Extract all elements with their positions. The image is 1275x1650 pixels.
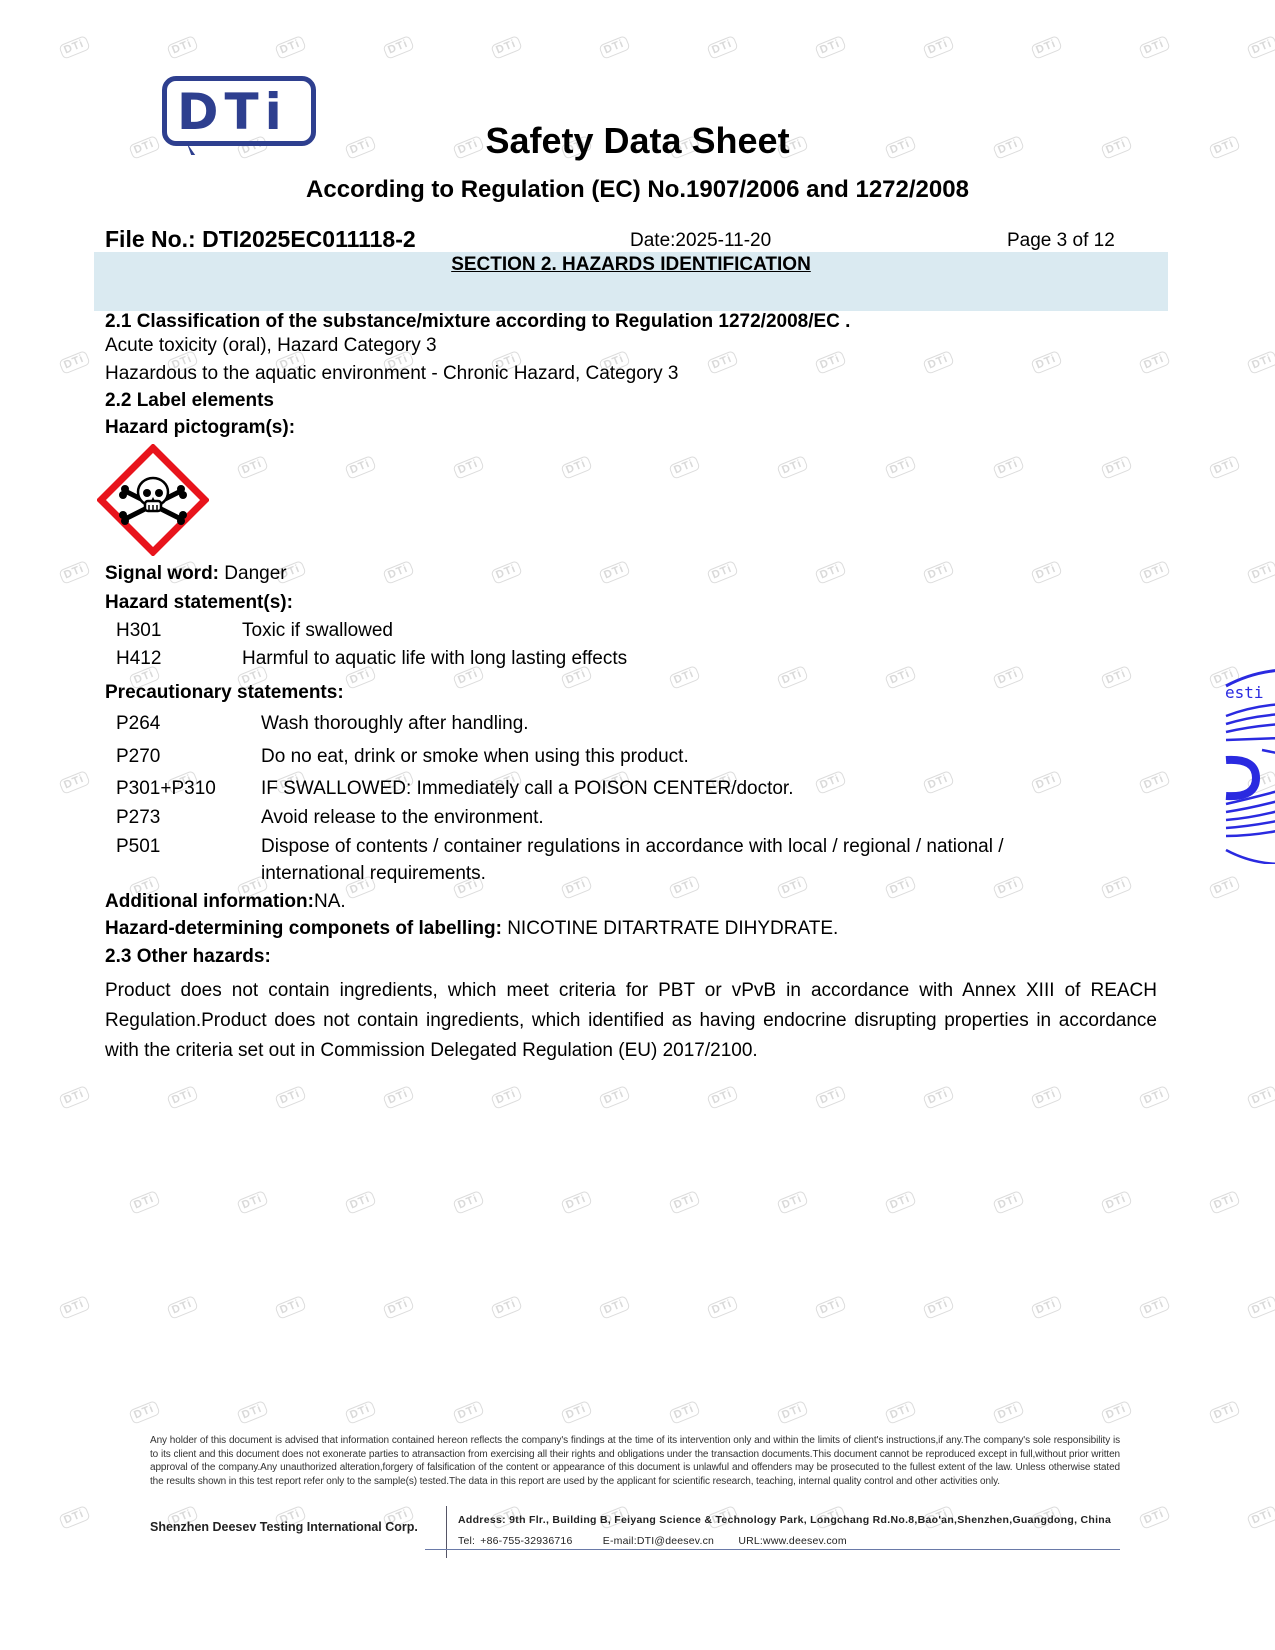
precaution-text-continued: international requirements. xyxy=(261,863,486,885)
watermark-logo: DTi xyxy=(598,35,630,60)
watermark-logo: DTi xyxy=(382,1085,414,1110)
precaution-code: P270 xyxy=(116,746,160,768)
additional-information: Additional information:NA. xyxy=(105,891,346,913)
watermark-logo: DTi xyxy=(1208,875,1240,900)
watermark-logo: DTi xyxy=(1100,875,1132,900)
watermark-logo: DTi xyxy=(236,455,268,480)
page-number: Page 3 of 12 xyxy=(1007,230,1115,252)
precaution-code: P273 xyxy=(116,807,160,829)
watermark-logo: DTi xyxy=(706,350,738,375)
watermark-logo: DTi xyxy=(598,1085,630,1110)
hazard-determining-components: Hazard-determining componets of labellin… xyxy=(105,918,838,940)
additional-information-label: Additional information: xyxy=(105,891,314,912)
precaution-code: P264 xyxy=(116,713,160,735)
watermark-logo: DTi xyxy=(58,1505,90,1530)
watermark-logo: DTi xyxy=(166,35,198,60)
watermark-logo: DTi xyxy=(560,1400,592,1425)
watermark-logo: DTi xyxy=(1246,1505,1275,1530)
watermark-logo: DTi xyxy=(668,1400,700,1425)
company-stamp: esti xyxy=(1222,668,1275,864)
watermark-logo: DTi xyxy=(58,35,90,60)
watermark-logo: DTi xyxy=(560,1190,592,1215)
watermark-logo: DTi xyxy=(706,1295,738,1320)
watermark-logo: DTi xyxy=(706,1085,738,1110)
watermark-logo: DTi xyxy=(490,35,522,60)
classification-heading: 2.1 Classification of the substance/mixt… xyxy=(105,311,850,333)
watermark-logo: DTi xyxy=(598,1295,630,1320)
watermark-logo: DTi xyxy=(884,1400,916,1425)
watermark-logo: DTi xyxy=(776,1190,808,1215)
additional-information-value: NA. xyxy=(314,891,346,912)
hazard-code: H301 xyxy=(116,620,161,642)
watermark-logo: DTi xyxy=(814,350,846,375)
footer-contact: Tel: +86-755-32936716 E-mail:DTI@deesev.… xyxy=(458,1535,847,1547)
watermark-logo: DTi xyxy=(452,1190,484,1215)
watermark-logo: DTi xyxy=(58,560,90,585)
watermark-logo: DTi xyxy=(668,455,700,480)
components-label: Hazard-determining componets of labellin… xyxy=(105,918,502,939)
watermark-logo: DTi xyxy=(1208,455,1240,480)
watermark-logo: DTi xyxy=(668,875,700,900)
classification-item: Hazardous to the aquatic environment - C… xyxy=(105,363,678,385)
footer-divider-vertical xyxy=(446,1506,447,1558)
watermark-logo: DTi xyxy=(1246,350,1275,375)
watermark-logo: DTi xyxy=(166,1295,198,1320)
watermark-logo: DTi xyxy=(1100,665,1132,690)
watermark-logo: DTi xyxy=(236,1400,268,1425)
hazard-code: H412 xyxy=(116,648,161,670)
watermark-logo: DTi xyxy=(452,1400,484,1425)
footer-address: Address: 9th Flr., Building B, Feiyang S… xyxy=(458,1514,1111,1526)
watermark-logo: DTi xyxy=(382,35,414,60)
precaution-text: Wash thoroughly after handling. xyxy=(261,713,529,735)
watermark-logo: DTi xyxy=(598,560,630,585)
precaution-text: Do no eat, drink or smoke when using thi… xyxy=(261,746,689,768)
watermark-logo: DTi xyxy=(1138,560,1170,585)
watermark-logo: DTi xyxy=(922,350,954,375)
watermark-logo: DTi xyxy=(490,1085,522,1110)
watermark-logo: DTi xyxy=(166,1085,198,1110)
watermark-logo: DTi xyxy=(382,1295,414,1320)
label-elements-heading: 2.2 Label elements xyxy=(105,390,274,412)
watermark-logo: DTi xyxy=(1208,1190,1240,1215)
watermark-logo: DTi xyxy=(776,875,808,900)
other-hazards-heading: 2.3 Other hazards: xyxy=(105,946,271,968)
document-subtitle: According to Regulation (EC) No.1907/200… xyxy=(0,176,1275,204)
watermark-logo: DTi xyxy=(1100,455,1132,480)
watermark-logo: DTi xyxy=(814,770,846,795)
watermark-logo: DTi xyxy=(884,665,916,690)
watermark-logo: DTi xyxy=(1138,1505,1170,1530)
watermark-logo: DTi xyxy=(992,665,1024,690)
watermark-logo: DTi xyxy=(1246,1085,1275,1110)
watermark-logo: DTi xyxy=(1208,1400,1240,1425)
watermark-logo: DTi xyxy=(922,560,954,585)
watermark-logo: DTi xyxy=(344,1400,376,1425)
watermark-logo: DTi xyxy=(668,665,700,690)
watermark-logo: DTi xyxy=(1246,560,1275,585)
svg-text:esti: esti xyxy=(1225,683,1264,702)
precaution-text: IF SWALLOWED: Immediately call a POISON … xyxy=(261,778,793,800)
document-title: Safety Data Sheet xyxy=(0,120,1275,162)
watermark-logo: DTi xyxy=(1030,1085,1062,1110)
watermark-logo: DTi xyxy=(58,350,90,375)
watermark-logo: DTi xyxy=(992,455,1024,480)
precaution-code: P501 xyxy=(116,836,160,858)
watermark-logo: DTi xyxy=(560,875,592,900)
watermark-logo: DTi xyxy=(992,1400,1024,1425)
watermark-logo: DTi xyxy=(274,1295,306,1320)
watermark-logo: DTi xyxy=(490,560,522,585)
hazard-text: Toxic if swallowed xyxy=(242,620,393,642)
precautionary-heading: Precautionary statements: xyxy=(105,682,344,704)
watermark-logo: DTi xyxy=(274,1085,306,1110)
watermark-logo: DTi xyxy=(58,1295,90,1320)
watermark-logo: DTi xyxy=(776,455,808,480)
watermark-logo: DTi xyxy=(1030,770,1062,795)
watermark-logo: DTi xyxy=(884,455,916,480)
watermark-logo: DTi xyxy=(1138,1085,1170,1110)
watermark-logo: DTi xyxy=(1138,35,1170,60)
watermark-logo: DTi xyxy=(814,35,846,60)
watermark-logo: DTi xyxy=(1138,350,1170,375)
watermark-logo: DTi xyxy=(128,1190,160,1215)
watermark-logo: DTi xyxy=(776,665,808,690)
classification-item: Acute toxicity (oral), Hazard Category 3 xyxy=(105,335,437,357)
watermark-logo: DTi xyxy=(344,1190,376,1215)
watermark-logo: DTi xyxy=(490,1295,522,1320)
section-title: SECTION 2. HAZARDS IDENTIFICATION xyxy=(0,254,1262,276)
precaution-text: Avoid release to the environment. xyxy=(261,807,544,829)
watermark-logo: DTi xyxy=(560,455,592,480)
watermark-logo: DTi xyxy=(452,455,484,480)
watermark-logo: DTi xyxy=(922,1295,954,1320)
precaution-text: Dispose of contents / container regulati… xyxy=(261,836,1003,858)
watermark-logo: DTi xyxy=(382,560,414,585)
watermark-logo: DTi xyxy=(236,1190,268,1215)
footer-tel: Tel: +86-755-32936716 xyxy=(458,1535,573,1547)
watermark-logo: DTi xyxy=(1030,1295,1062,1320)
watermark-logo: DTi xyxy=(884,875,916,900)
skull-crossbones-icon xyxy=(97,444,209,556)
footer-company-name: Shenzhen Deesev Testing International Co… xyxy=(150,1520,418,1534)
watermark-logo: DTi xyxy=(1246,1295,1275,1320)
watermark-logo: DTi xyxy=(1030,350,1062,375)
precaution-code: P301+P310 xyxy=(116,778,216,800)
file-number: File No.: DTI2025EC011118-2 xyxy=(105,226,416,253)
watermark-logo: DTi xyxy=(814,1085,846,1110)
watermark-logo: DTi xyxy=(992,1190,1024,1215)
watermark-logo: DTi xyxy=(706,35,738,60)
other-hazards-text: Product does not contain ingredients, wh… xyxy=(105,976,1157,1066)
watermark-logo: DTi xyxy=(1138,1295,1170,1320)
watermark-logo: DTi xyxy=(1138,770,1170,795)
footer-divider-horizontal xyxy=(425,1549,1120,1550)
signal-word-value: Danger xyxy=(219,563,287,584)
watermark-logo: DTi xyxy=(922,35,954,60)
footer-url[interactable]: URL:www.deesev.com xyxy=(738,1535,846,1547)
watermark-logo: DTi xyxy=(706,560,738,585)
watermark-logo: DTi xyxy=(1100,1190,1132,1215)
watermark-logo: DTi xyxy=(274,35,306,60)
watermark-logo: DTi xyxy=(776,1400,808,1425)
watermark-logo: DTi xyxy=(922,1085,954,1110)
footer-disclaimer: Any holder of this document is advised t… xyxy=(150,1434,1120,1488)
signal-word-label: Signal word: xyxy=(105,563,219,584)
watermark-logo: DTi xyxy=(814,1295,846,1320)
watermark-logo: DTi xyxy=(884,1190,916,1215)
watermark-logo: DTi xyxy=(1246,35,1275,60)
signal-word: Signal word: Danger xyxy=(105,563,287,585)
hazard-text: Harmful to aquatic life with long lastin… xyxy=(242,648,627,670)
watermark-logo: DTi xyxy=(128,1400,160,1425)
watermark-logo: DTi xyxy=(992,875,1024,900)
hazard-statements-heading: Hazard statement(s): xyxy=(105,592,293,614)
components-value: NICOTINE DITARTRATE DIHYDRATE. xyxy=(502,918,838,939)
watermark-logo: DTi xyxy=(58,770,90,795)
watermark-logo: DTi xyxy=(922,770,954,795)
watermark-logo: DTi xyxy=(58,1085,90,1110)
document-date: Date:2025-11-20 xyxy=(630,230,771,252)
footer-email[interactable]: E-mail:DTI@deesev.cn xyxy=(603,1535,714,1547)
pictogram-heading: Hazard pictogram(s): xyxy=(105,417,295,439)
watermark-logo: DTi xyxy=(1030,35,1062,60)
watermark-logo: DTi xyxy=(668,1190,700,1215)
watermark-logo: DTi xyxy=(1100,1400,1132,1425)
watermark-logo: DTi xyxy=(344,455,376,480)
watermark-logo: DTi xyxy=(814,560,846,585)
watermark-logo: DTi xyxy=(1030,560,1062,585)
